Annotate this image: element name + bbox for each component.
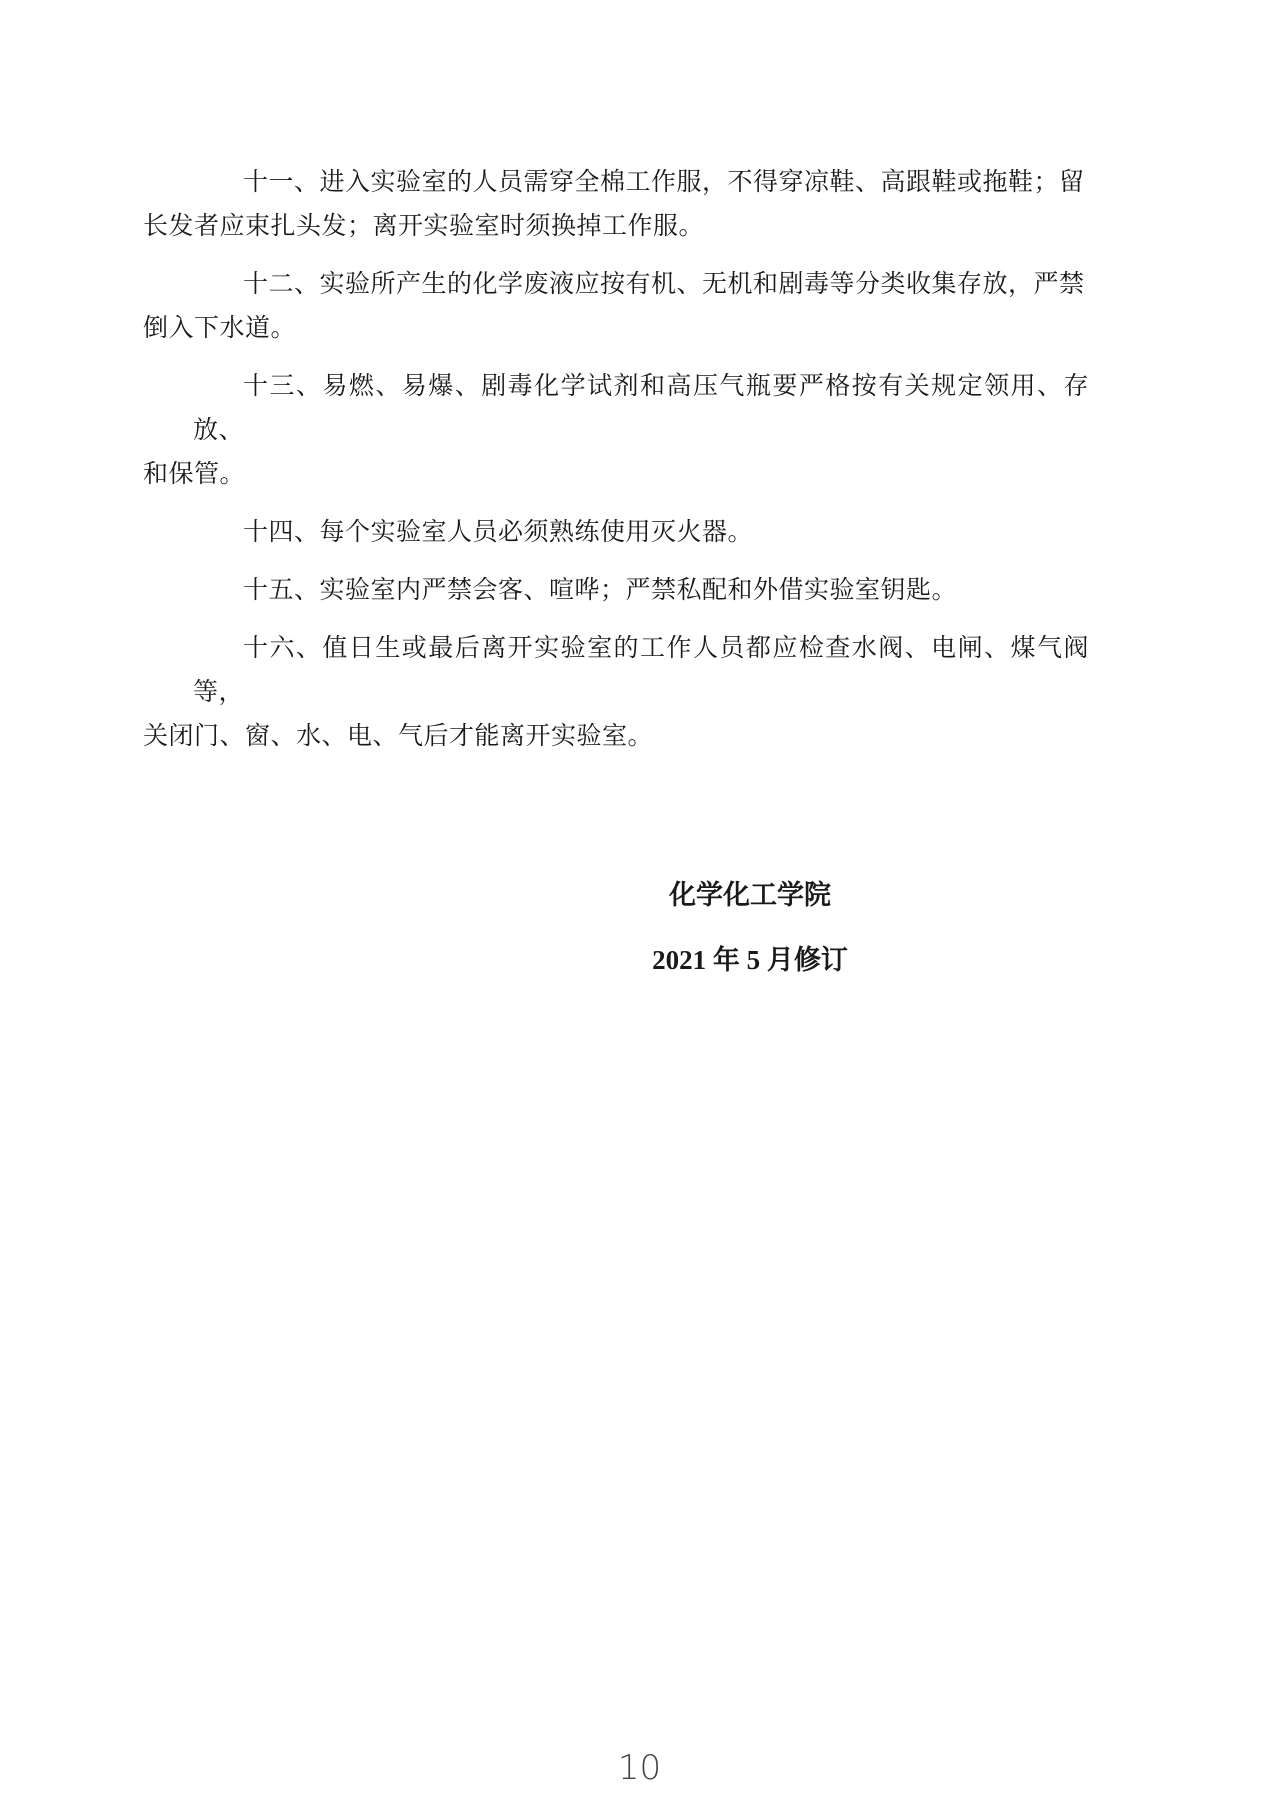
signature-date: 2021 年 5 月修订: [600, 942, 900, 978]
paragraph-line: 十五、实验室内严禁会客、喧哗；严禁私配和外借实验室钥匙。: [193, 568, 1089, 612]
document-page: 十一、进入实验室的人员需穿全棉工作服，不得穿凉鞋、高跟鞋或拖鞋；留 长发者应束扎…: [0, 0, 1279, 1809]
regulation-15: 十五、实验室内严禁会客、喧哗；严禁私配和外借实验室钥匙。: [193, 568, 1089, 612]
signature-block: 化学化工学院 2021 年 5 月修订: [600, 878, 900, 978]
regulation-11: 十一、进入实验室的人员需穿全棉工作服，不得穿凉鞋、高跟鞋或拖鞋；留 长发者应束扎…: [193, 160, 1089, 248]
regulations-body: 十一、进入实验室的人员需穿全棉工作服，不得穿凉鞋、高跟鞋或拖鞋；留 长发者应束扎…: [193, 160, 1089, 772]
paragraph-line: 关闭门、窗、水、电、气后才能离开实验室。: [143, 714, 1089, 758]
paragraph-line: 十一、进入实验室的人员需穿全棉工作服，不得穿凉鞋、高跟鞋或拖鞋；留: [193, 160, 1089, 204]
paragraph-line: 十四、每个实验室人员必须熟练使用灭火器。: [193, 510, 1089, 554]
regulation-12: 十二、实验所产生的化学废液应按有机、无机和剧毒等分类收集存放，严禁 倒入下水道。: [193, 262, 1089, 350]
paragraph-line: 长发者应束扎头发；离开实验室时须换掉工作服。: [143, 204, 1089, 248]
paragraph-line: 十二、实验所产生的化学废液应按有机、无机和剧毒等分类收集存放，严禁: [193, 262, 1089, 306]
page-number: 10: [0, 1748, 1279, 1788]
regulation-16: 十六、值日生或最后离开实验室的工作人员都应检查水阀、电闸、煤气阀等， 关闭门、窗…: [193, 626, 1089, 758]
regulation-14: 十四、每个实验室人员必须熟练使用灭火器。: [193, 510, 1089, 554]
paragraph-line: 和保管。: [143, 452, 1089, 496]
signature-organization: 化学化工学院: [600, 878, 900, 914]
paragraph-line: 十六、值日生或最后离开实验室的工作人员都应检查水阀、电闸、煤气阀等，: [193, 626, 1089, 714]
paragraph-line: 十三、易燃、易爆、剧毒化学试剂和高压气瓶要严格按有关规定领用、存放、: [193, 364, 1089, 452]
regulation-13: 十三、易燃、易爆、剧毒化学试剂和高压气瓶要严格按有关规定领用、存放、 和保管。: [193, 364, 1089, 496]
paragraph-line: 倒入下水道。: [143, 306, 1089, 350]
